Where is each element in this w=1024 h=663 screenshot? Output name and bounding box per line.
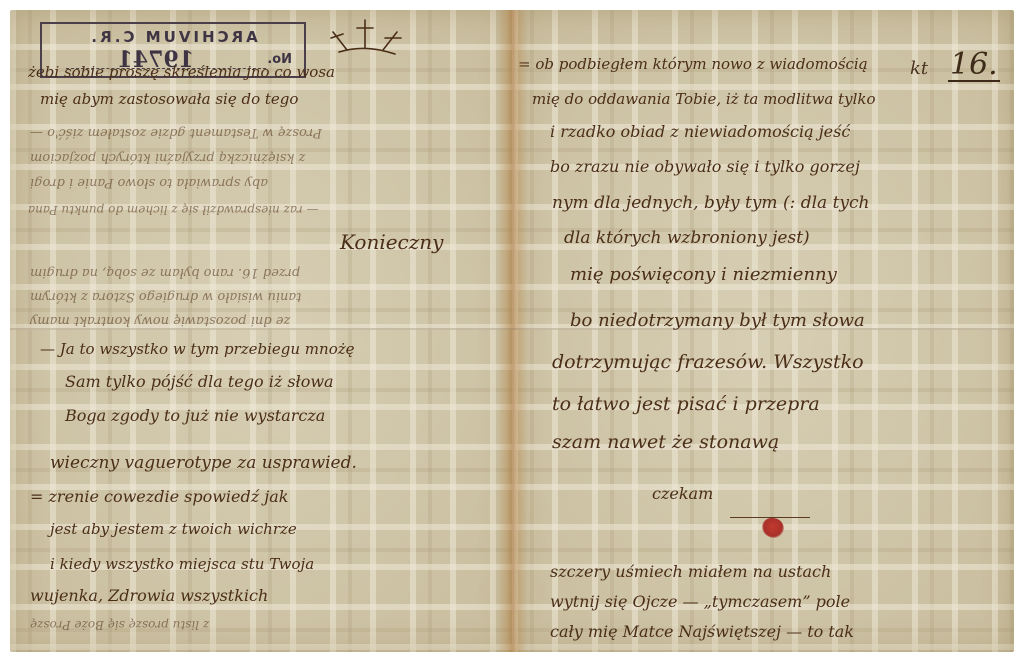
- handwritten-line: mię poświęcony i niezmienny: [570, 264, 837, 285]
- handwritten-line: Boga zgody to już nie wystarcza: [65, 406, 325, 425]
- handwritten-line: i rzadko obiad z niewiadomością jeść: [550, 122, 850, 141]
- handwritten-line: wujenka, Zdrowia wszystkich: [30, 586, 268, 605]
- stamp-title: ARCHIVUM C.R.: [42, 28, 304, 46]
- handwritten-line: — raz niesprawdził się z lichem do punkt…: [28, 203, 319, 217]
- handwritten-line: Sam tylko pójść dla tego iż słowa: [65, 372, 334, 391]
- letter-scan: ARCHIVUM C.R. No. 19741 żebi sobie prosz…: [10, 10, 1014, 652]
- right-page: = ob podbiegłem którym nowo z wiadomości…: [512, 10, 1014, 652]
- page-number: 16.: [948, 50, 1000, 82]
- handwritten-line: bo zrazu nie obywało się i tylko gorzej: [550, 157, 860, 176]
- handwritten-line: cały mię Matce Najświętszej — to tak: [550, 622, 854, 641]
- handwritten-line: wytnij się Ojcze — „tymczasem” pole: [550, 592, 850, 611]
- handwritten-line: przed 16. rano byłam ze sobą, na drugim: [30, 265, 300, 280]
- handwritten-line: szam nawet że stonawą: [552, 431, 779, 453]
- handwritten-line: z listu proszę się Boże Proszę: [30, 618, 209, 632]
- handwritten-line: = ob podbiegłem którym nowo z wiadomości…: [518, 55, 868, 73]
- handwritten-line: ze dni pozostawię nowy kontrakt mamy: [30, 313, 290, 328]
- handwritten-line: nym dla jednych, były tym (: dla tych: [552, 193, 869, 213]
- page-marker-prefix: kt: [910, 58, 928, 79]
- handwritten-line: Konieczny: [340, 230, 443, 254]
- handwritten-line: z księżniczką przyjaźni których pozjacio…: [30, 150, 305, 165]
- handwritten-line: aby sprawiała to słowo Panie i drogi: [30, 175, 268, 190]
- handwritten-line: to łatwo jest pisać i przepra: [552, 393, 820, 415]
- handwritten-line: mię abym zastosowała się do tego: [40, 90, 298, 108]
- handwritten-line: dotrzymując frazesów. Wszystko: [552, 351, 864, 373]
- handwritten-line: mię do oddawania Tobie, iż ta modlitwa t…: [532, 90, 876, 108]
- handwritten-line: jest aby jestem z twoich wichrze: [50, 520, 297, 538]
- center-fold-stain: [498, 10, 528, 652]
- handwritten-line: szczery uśmiech miałem na ustach: [550, 562, 831, 581]
- handwritten-line: = zrenie cowezdie spowiedź jak: [30, 487, 288, 506]
- handwritten-line: żebi sobie proszę skreślenia jno co wosa: [28, 63, 335, 81]
- three-crosses-icon: [325, 16, 405, 56]
- left-page: ARCHIVUM C.R. No. 19741 żebi sobie prosz…: [10, 10, 512, 652]
- handwritten-line: taniu wisiało w drugiego Sztora z którym: [30, 289, 301, 304]
- handwritten-line: dla których wzbroniony jest): [564, 228, 810, 248]
- handwritten-line: i kiedy wszystko miejsca stu Twoja: [50, 555, 314, 573]
- handwritten-line: wieczny vaguerotype za usprawied.: [50, 453, 357, 473]
- handwritten-line: — Ja to wszystko w tym przebiegu mnożę: [40, 340, 355, 358]
- horizontal-fold: [10, 328, 1014, 330]
- handwritten-line: czekam: [652, 484, 713, 503]
- handwritten-line: Proszę w Testament gdzie zostałem ziść'o…: [30, 125, 322, 140]
- red-seal-blot: [762, 518, 784, 538]
